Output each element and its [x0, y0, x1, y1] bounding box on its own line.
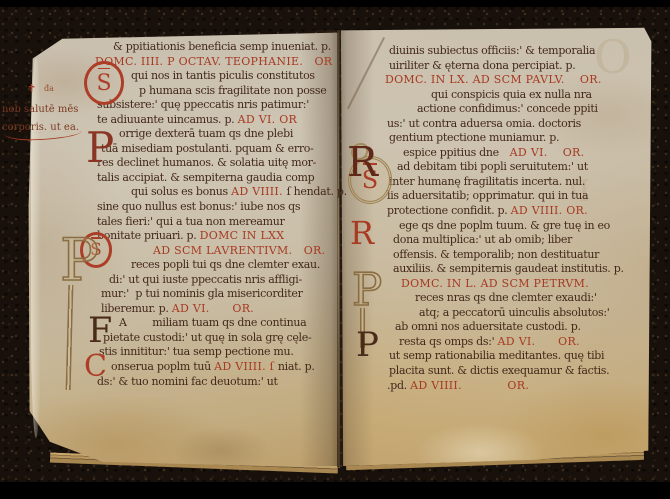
manuscript-line: di:' ut qui iuste ppeccatis nris affligi… — [95, 273, 335, 288]
body-text: te adiuuante uincamus. p. — [97, 113, 238, 126]
marginal-hint-text: đa — [44, 84, 54, 93]
body-text: dona multiplica:' ut ab omib; liber — [393, 233, 572, 246]
body-text: pietate custodi:' ut quę in sola grę cęl… — [103, 331, 311, 344]
manuscript-line: inter humanę fragilitatis incerta. nul. — [385, 175, 647, 190]
manuscript-line: p humana scis fragilitate non posse — [95, 84, 335, 99]
manuscript-line: uiriliter & ęterna dona percipiat. p. — [385, 59, 647, 74]
manuscript-line: .pd. AD VIIII. OR. — [385, 379, 647, 394]
body-text: qui nos in tantis piculis constitutos — [131, 69, 315, 82]
rubric-text: AD VIIII. ſ — [214, 360, 278, 373]
manuscript-line: lis aduersitatib; opprimatur. qui in tua — [385, 189, 647, 204]
page-curl-highlight — [31, 58, 41, 438]
body-text: orrige dexterā tuam qs dne plebi — [119, 127, 293, 140]
initial-r-respice: R — [347, 142, 378, 183]
manuscript-line: stis innititur:' tua semp pectione mu. — [95, 345, 335, 360]
manuscript-line: auxiliis. & sempiternis gaudeat institut… — [385, 262, 647, 277]
manuscript-line: offensis. & temporalib; non destituatur — [385, 248, 647, 263]
manuscript-line: ut semp rationabilia meditantes. quę tib… — [385, 349, 647, 364]
rubric-text: AD VIIII. OR. — [410, 379, 529, 392]
manuscript-line: actione confidimus:' concede ppiti — [385, 102, 647, 117]
right-page-text: diuinis subiectus officiis:' & temporali… — [385, 44, 647, 393]
left-page-text: & ppitiationis beneficia semp inueniat. … — [95, 40, 335, 389]
body-text: res declinet humanos. & solatia uitę mor… — [97, 156, 316, 169]
manuscript-line: reces popli tui qs dne clemter exau. — [95, 258, 335, 273]
manuscript-line: & ppitiationis beneficia semp inueniat. … — [95, 40, 335, 55]
body-text: p humana scis fragilitate non posse — [139, 84, 326, 97]
manuscript-line: talis accipiat. & sempiterna gaudia comp — [95, 171, 335, 186]
manuscript-line: liberemur. p. AD VI. OR. — [95, 302, 335, 317]
body-text: mur:' p tui nominis gla misericorditer — [101, 287, 303, 300]
body-text: protectione confidit. p. — [387, 204, 511, 217]
body-text: tuā misediam postulanti. pquam & erro- — [101, 142, 314, 155]
manuscript-line: ege qs dne poplm tuum. & gre tuę in eo — [385, 219, 647, 234]
body-text: subsistere:' quę ppeccatis nris patimur:… — [97, 98, 309, 111]
decorated-initial-p: P — [352, 267, 382, 312]
manuscript-line: orrige dexterā tuam qs dne plebi — [95, 127, 335, 142]
manuscript-line: subsistere:' quę ppeccatis nris patimur:… — [95, 98, 335, 113]
body-text: offensis. & temporalib; non destituatur — [393, 248, 599, 261]
body-text: resta qs omps ds:' — [399, 335, 498, 348]
rubric-text: AD VI. OR. — [172, 302, 254, 315]
body-text: bonitate priuari. p. — [97, 229, 200, 242]
body-text: placita sunt. & dictis exequamur & facti… — [389, 364, 609, 377]
manuscript-line: ds:' & tuo nomini fac deuotum:' ut — [95, 375, 335, 390]
rubric-text: AD VI. OR. — [498, 335, 580, 348]
rubric-text: DOMC. IN LX. AD SCM PAVLV. OR. — [385, 73, 602, 86]
body-text: ab omni nos aduersitate custodi. p. — [395, 320, 581, 333]
manuscript-line: dona multiplica:' ut ab omib; liber — [385, 233, 647, 248]
body-text: & ppitiationis beneficia semp inueniat. … — [113, 40, 331, 53]
body-text: niat. p. — [278, 360, 315, 373]
manuscript-line: protectione confidit. p. AD VIIII. OR. — [385, 204, 647, 219]
body-text: di:' ut qui iuste ppeccatis nris affligi… — [109, 273, 302, 286]
initial-ds-monogram: S — [84, 61, 124, 105]
manuscript-line: diuinis subiectus officiis:' & temporali… — [385, 44, 647, 59]
manuscript-line: us:' ut contra aduersa omia. doctoris — [385, 117, 647, 132]
body-text: reces popli tui qs dne clemter exau. — [131, 258, 320, 271]
initial-letter: S — [96, 71, 111, 96]
manuscript-line: ad debitam tibi popli seruitutem:' ut — [385, 160, 647, 175]
body-text: ege qs dne poplm tuum. & gre tuę in eo — [399, 219, 610, 232]
body-text: inter humanę fragilitatis incerta. nul. — [389, 175, 585, 188]
rubric-text: DOMC IN LXX — [200, 229, 285, 242]
rubric-text: AD SCM LAVRENTIVM. OR. — [153, 244, 325, 257]
initial-p-presta: P — [356, 328, 379, 362]
manuscript-line: res declinet humanos. & solatia uitę mor… — [95, 156, 335, 171]
body-text: gentium ptectione muniamur. p. — [389, 131, 559, 144]
rubric-text: AD VIIII. OR. — [511, 204, 588, 217]
body-text: talis accipiat. & sempiterna gaudia comp — [97, 171, 314, 184]
body-text: qui solus es bonus — [131, 185, 231, 198]
manuscript-line: DOMC. IIII. P OCTAV. TEOPHANIE. OR — [95, 55, 335, 70]
manuscript-line: te adiuuante uincamus. p. AD VI. OR — [95, 113, 335, 128]
rubric-text: AD VIIII. — [231, 185, 287, 198]
body-text: actione confidimus:' concede ppiti — [417, 102, 598, 115]
body-text: atq; a peccatorū uinculis absolutos:' — [419, 306, 610, 319]
body-text: qui conspicis quia ex nulla nra — [431, 88, 592, 101]
body-text: sine quo nullus est bonus:' iube nos qs — [97, 200, 300, 213]
manuscript-line: sine quo nullus est bonus:' iube nos qs — [95, 200, 335, 215]
manuscript-line: qui nos in tantis piculis constitutos — [95, 69, 335, 84]
rubric-text: AD VI. OR — [238, 113, 298, 126]
body-text: .pd. — [387, 379, 410, 392]
body-text: ut semp rationabilia meditantes. quę tib… — [389, 349, 604, 362]
body-text: us:' ut contra aduersa omia. doctoris — [387, 117, 581, 130]
body-text: diuinis subiectus officiis:' & temporali… — [389, 44, 595, 57]
manuscript-line: DOMC. IN L. AD SCM PETRVM. — [385, 277, 647, 292]
body-text: uiriliter & ęterna dona percipiat. p. — [389, 59, 576, 72]
manuscript-line: placita sunt. & dictis exequamur & facti… — [385, 364, 647, 379]
manuscript-line: resta qs omps ds:' AD VI. OR. — [385, 335, 647, 350]
manuscript-line: atq; a peccatorū uinculis absolutos:' — [385, 306, 647, 321]
initial-r-rege: R — [350, 217, 374, 249]
manuscript-line: qui conspicis quia ex nulla nra — [385, 88, 647, 103]
initial-c-conserua: C — [84, 352, 107, 382]
manuscript-line: tuā misediam postulanti. pquam & erro- — [95, 142, 335, 157]
manuscript-line: reces nras qs dne clemter exaudi:' — [385, 291, 647, 306]
manuscript-line: gentium ptectione muniamur. p. — [385, 131, 647, 146]
manuscript-line: mur:' p tui nominis gla misericorditer — [95, 287, 335, 302]
rubric-text: DOMC. IN L. AD SCM PETRVM. — [401, 277, 589, 290]
rubric-text: AD VI. OR. — [502, 146, 584, 159]
manuscript-photo: O q ✝ đa nob salutē mēs corporis. ut ea.… — [0, 0, 670, 499]
marginal-line: nob salutē mēs — [2, 104, 78, 115]
initial-f-familiam: F — [88, 314, 112, 349]
binding-crease — [337, 30, 340, 468]
manuscript-line: A miliam tuam qs dne continua — [95, 316, 335, 331]
manuscript-line: espice ppitius dne AD VI. OR. — [385, 146, 647, 161]
manuscript-line: bonitate priuari. p. DOMC IN LXX — [95, 229, 335, 244]
manuscript-line: tales fieri:' qui a tua non mereamur — [95, 215, 335, 230]
body-text: onserua poplm tuū — [111, 360, 214, 373]
body-text: ds:' & tuo nomini fac deuotum:' ut — [97, 375, 278, 388]
decorated-initial-p: P — [60, 231, 99, 289]
body-text: lis aduersitatib; opprimatur. qui in tua — [387, 189, 588, 202]
body-text: ſ hendat. p. — [287, 185, 347, 198]
manuscript-line: pietate custodi:' ut quę in sola grę cęl… — [95, 331, 335, 346]
rubric-text: DOMC. IIII. P OCTAV. TEOPHANIE. OR — [95, 55, 332, 68]
body-text: espice ppitius dne — [403, 146, 502, 159]
manuscript-line: AD SCM LAVRENTIVM. OR. — [95, 244, 335, 259]
body-text: auxiliis. & sempiternis gaudeat institut… — [393, 262, 624, 275]
manuscript-line: DOMC. IN LX. AD SCM PAVLV. OR. — [385, 73, 647, 88]
body-text: A miliam tuam qs dne continua — [119, 316, 306, 329]
body-text: ad debitam tibi popli seruitutem:' ut — [397, 160, 588, 173]
manuscript-line: onserua poplm tuū AD VIIII. ſ niat. p. — [95, 360, 335, 375]
insertion-cross-mark: ✝ — [27, 82, 36, 95]
initial-p-porrige: P — [86, 127, 114, 169]
body-text: tales fieri:' qui a tua non mereamur — [97, 215, 285, 228]
body-text: stis innititur:' tua semp pectione mu. — [99, 345, 294, 358]
manuscript-line: ab omni nos aduersitate custodi. p. — [385, 320, 647, 335]
manuscript-line: qui solus es bonus AD VIIII. ſ hendat. p… — [95, 185, 335, 200]
body-text: reces nras qs dne clemter exaudi:' — [415, 291, 597, 304]
